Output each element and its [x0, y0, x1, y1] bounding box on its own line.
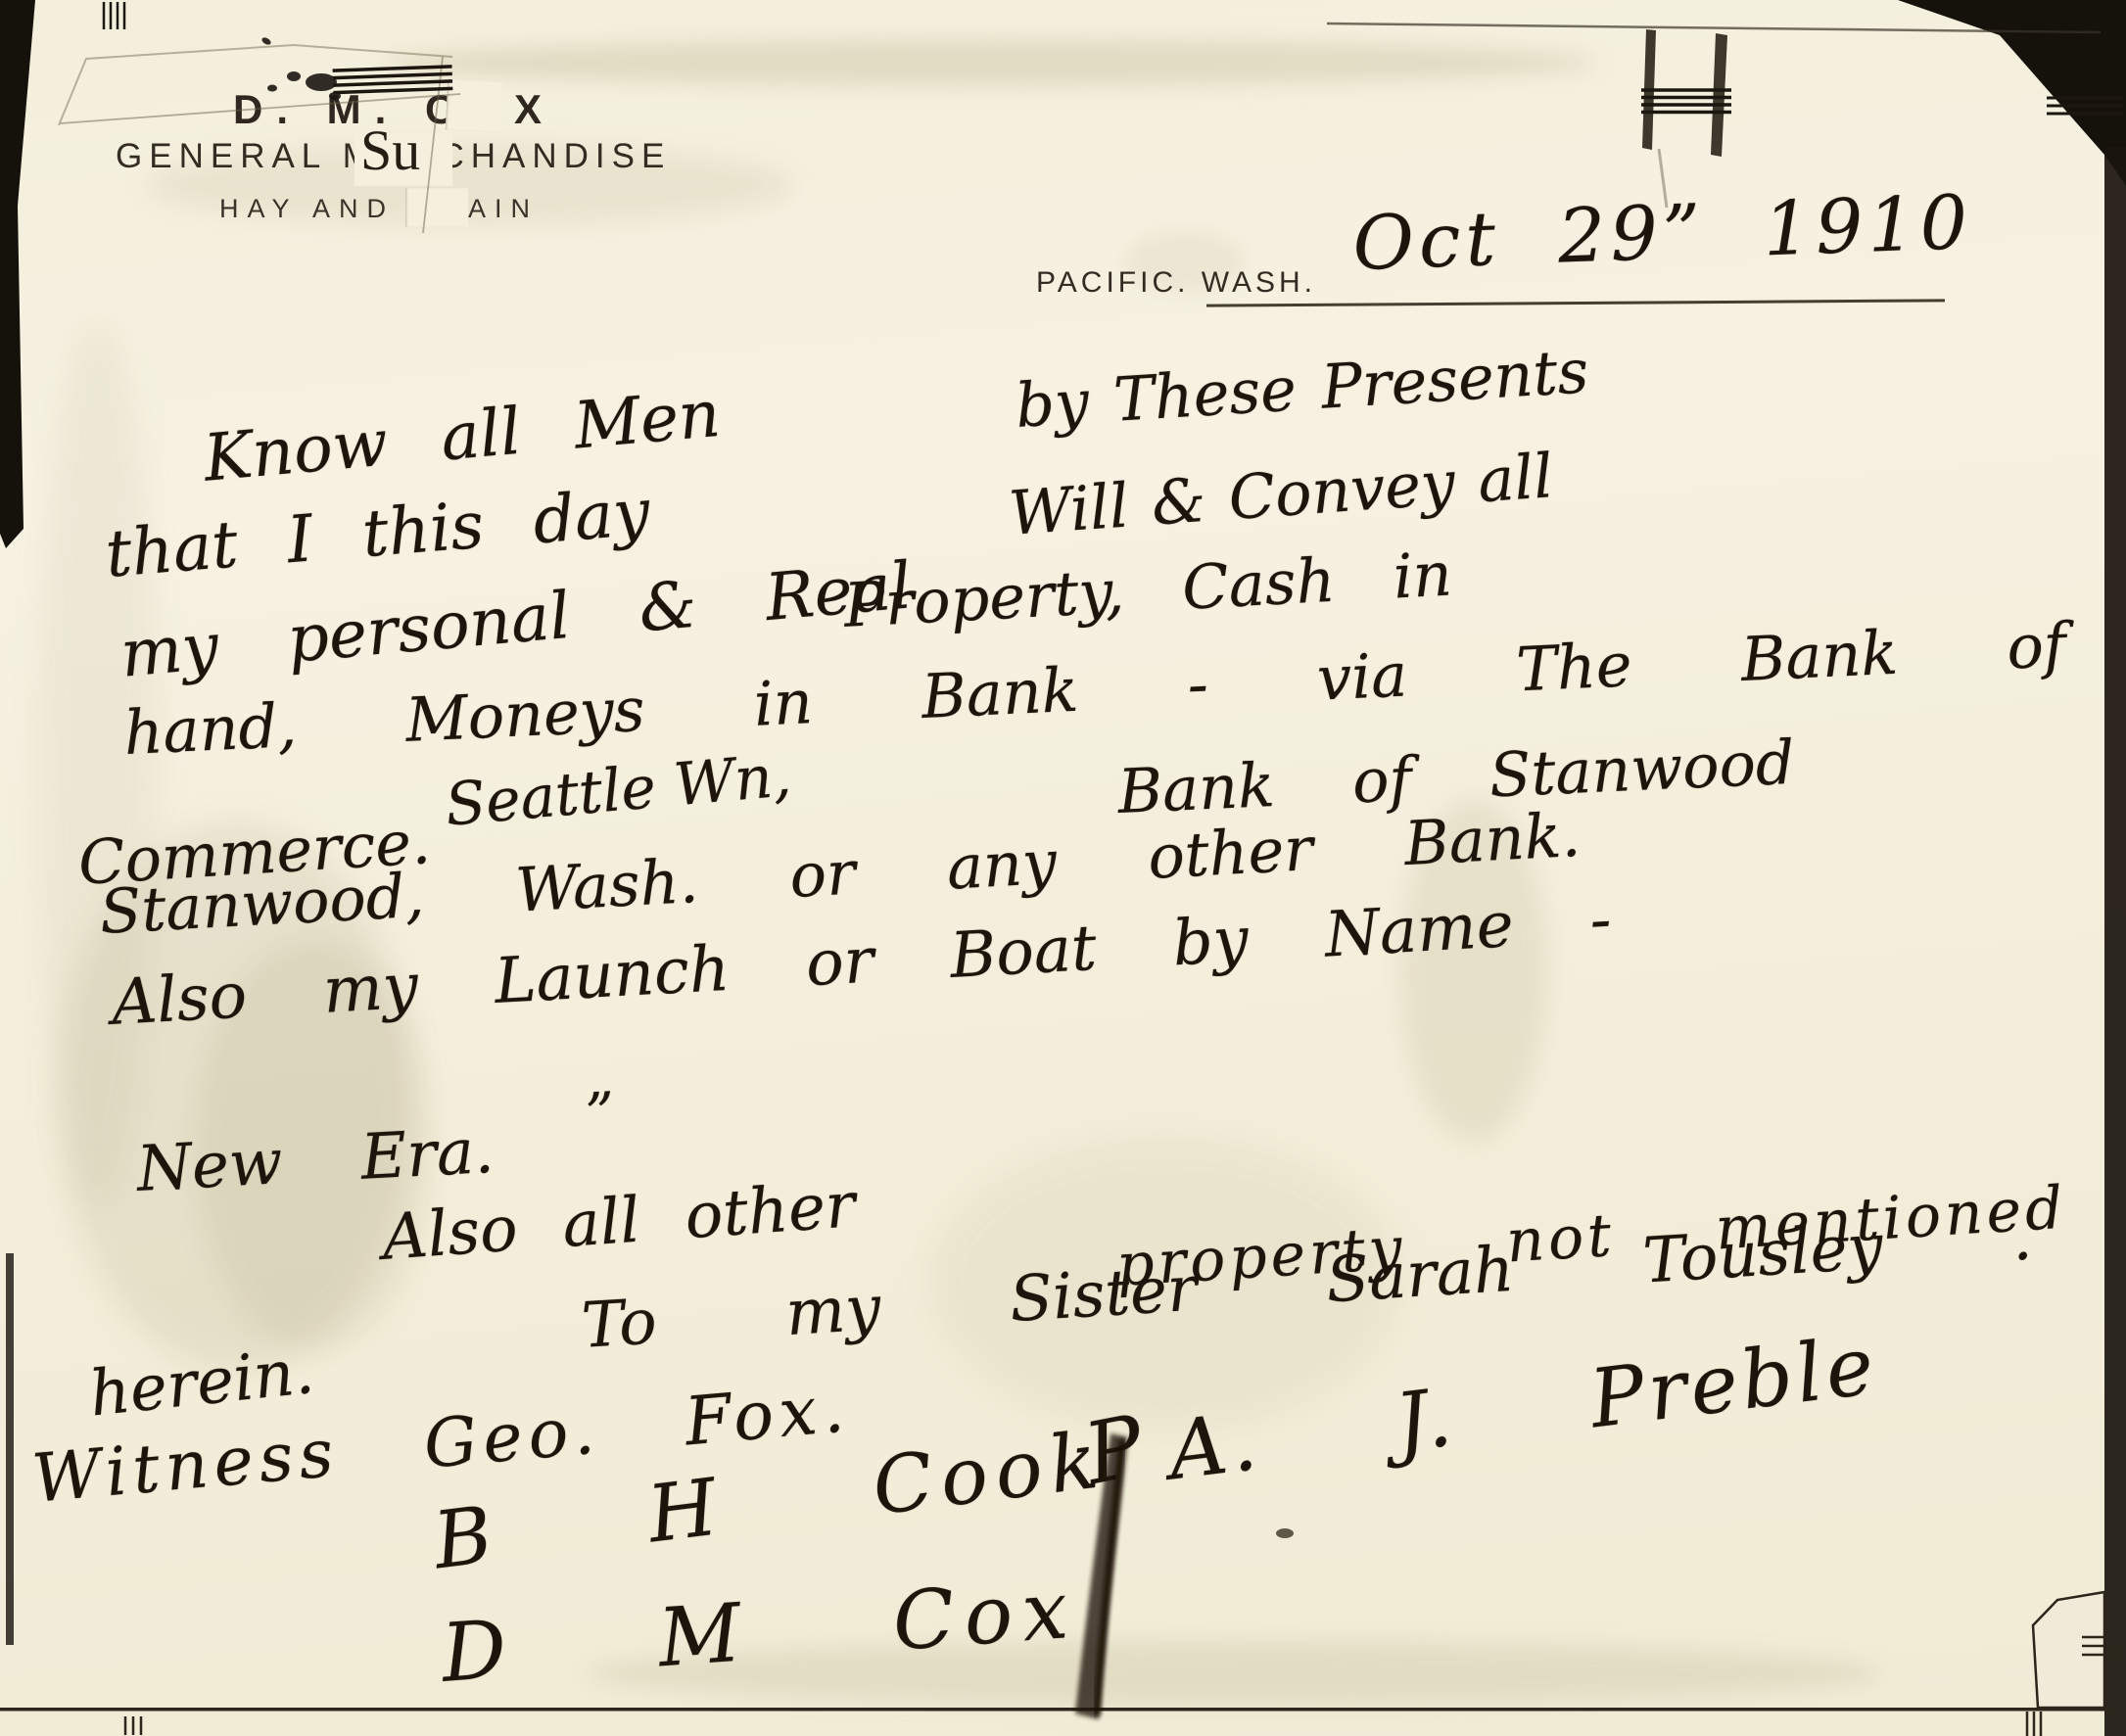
- dateline-rule: [1206, 299, 1945, 306]
- handwriting-line: Property, Cash in: [842, 538, 1453, 640]
- signer-signature: A. J. Preble: [1163, 1319, 1882, 1498]
- dateline-place: PACIFIC. WASH.: [1036, 266, 1316, 300]
- handwritten-date: Oct 29” 1910: [1351, 178, 1973, 287]
- scanned-handwritten-document: D. M. COX GENERAL MERCHANDISE HAY AND GR…: [0, 0, 2126, 1736]
- handwriting-line: that I this day: [103, 474, 652, 591]
- bleedthrough-fragment: Su: [360, 117, 420, 183]
- handwriting-line: Will & Convey all: [1007, 440, 1555, 549]
- handwriting-line: New Era.: [135, 1115, 496, 1206]
- stain-smudge: [382, 39, 1596, 86]
- handwriting-line: Seattle Wn,: [443, 741, 794, 840]
- witness-signature: D M Cox: [439, 1564, 1080, 1701]
- handwriting-line: by These Presents: [1014, 335, 1590, 442]
- letterhead-tagline: HAY AND GRAIN: [219, 194, 539, 224]
- handwriting-line: herein.: [86, 1336, 317, 1431]
- ditto-quote-mark: ”: [584, 1079, 616, 1147]
- fold-corner: [2033, 1592, 2124, 1708]
